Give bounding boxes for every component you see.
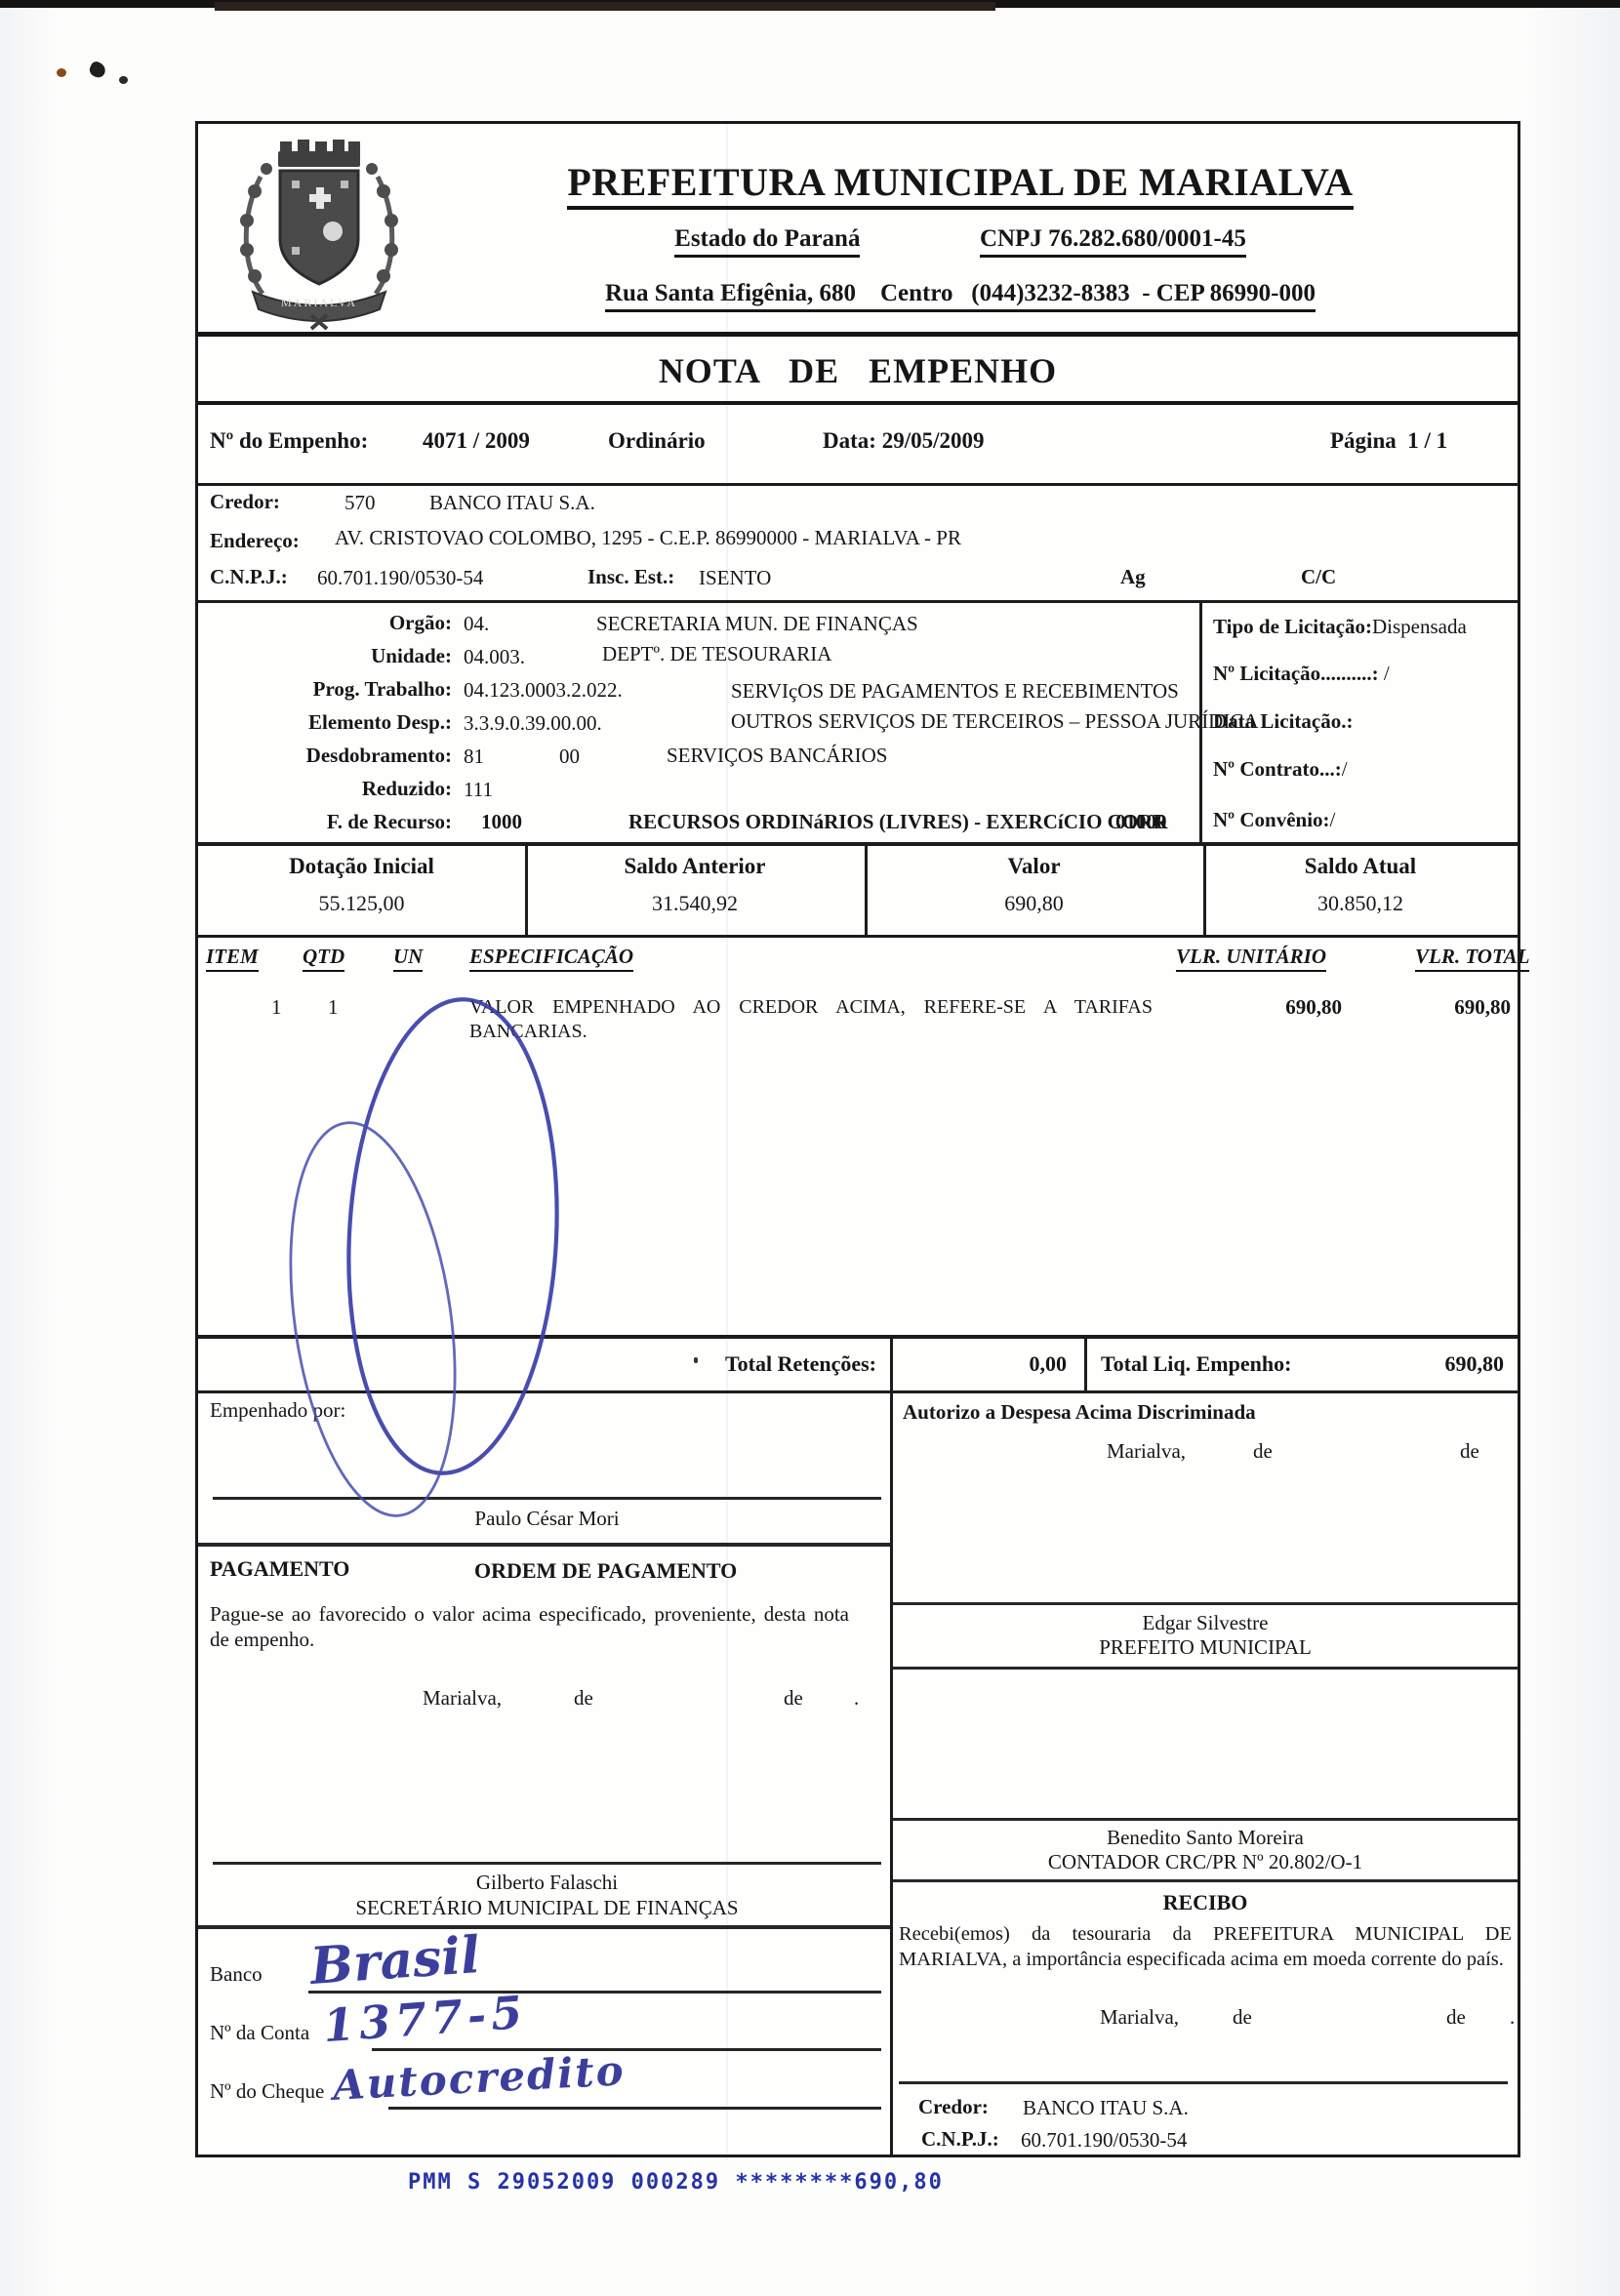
svg-text:MARIALVA: MARIALVA bbox=[281, 296, 357, 309]
dateline-period: . bbox=[854, 1686, 859, 1711]
cheque-fill-line bbox=[388, 2107, 881, 2110]
address-text: Rua Santa Efigênia, 680 Centro (044)3232… bbox=[605, 280, 1316, 312]
empenhado-signer-name: Paulo César Mori bbox=[213, 1507, 881, 1531]
item-description: VALOR EMPENHADO AO CREDOR ACIMA, REFERE-… bbox=[469, 995, 1153, 1044]
fiscal-code: 111 bbox=[464, 778, 493, 802]
items-header: VLR. TOTAL bbox=[1415, 945, 1529, 972]
dateline-de: de bbox=[784, 1686, 803, 1711]
items-header: UN bbox=[393, 945, 423, 972]
fiscal-desc: SECRETARIA MUN. DE FINANÇAS bbox=[596, 612, 918, 636]
fiscal-desc: DEPTº. DE TESOURARIA bbox=[602, 642, 831, 666]
address-line: Rua Santa Efigênia, 680 Centro (044)3232… bbox=[413, 280, 1508, 307]
dateline-city: Marialva, bbox=[1107, 1439, 1186, 1464]
document-title: NOTA DE EMPENHO bbox=[198, 332, 1518, 405]
liq-empenho-value: 690,80 bbox=[1357, 1351, 1504, 1377]
fiscal-label: Orgão: bbox=[198, 611, 452, 635]
contador-name: Benedito Santo Moreira bbox=[893, 1826, 1518, 1850]
banco-fill-line bbox=[308, 1991, 881, 1994]
prefeito-role: PREFEITO MUNICIPAL bbox=[893, 1635, 1518, 1660]
dateline-de: de bbox=[1446, 2005, 1466, 2030]
empenho-date: Data: 29/05/2009 bbox=[823, 428, 984, 454]
dot-matrix-print-line: PMM S 29052009 000289 ********690,80 bbox=[408, 2170, 944, 2195]
conta-label: Nº da Conta bbox=[210, 2021, 309, 2045]
dotacao-value: 55.125,00 bbox=[198, 891, 525, 916]
fiscal-code: 81 bbox=[464, 745, 484, 769]
handwritten-bank-name: Brasil bbox=[308, 1925, 482, 1996]
credor-name: BANCO ITAU S.A. bbox=[429, 491, 595, 515]
handwritten-cheque-note: Autocredito bbox=[332, 2046, 627, 2110]
divider bbox=[198, 483, 1518, 486]
items-header: VLR. UNITÁRIO bbox=[1176, 945, 1326, 972]
dateline-de: de bbox=[1460, 1439, 1479, 1464]
divider bbox=[198, 1390, 1518, 1393]
fiscal-desc: SERVIçOS DE PAGAMENTOS E RECEBIMENTOS bbox=[731, 679, 1179, 704]
recibo-text: Recebi(emos) da tesouraria da PREFEITURA… bbox=[899, 1922, 1512, 1972]
empenho-number-label: Nº do Empenho: bbox=[210, 428, 368, 454]
pagamento-section-label: PAGAMENTO bbox=[210, 1556, 349, 1582]
fiscal-desc: SERVIÇOS BANCÁRIOS bbox=[667, 744, 887, 768]
fiscal-label: Elemento Desp.: bbox=[198, 710, 452, 735]
divider bbox=[899, 2081, 1508, 2084]
secretario-name: Gilberto Falaschi bbox=[213, 1871, 881, 1895]
endereco-value: AV. CRISTOVAO COLOMBO, 1295 - C.E.P. 869… bbox=[335, 526, 961, 550]
cnpj-field-value: 60.701.190/0530-54 bbox=[317, 566, 483, 590]
fiscal-code: 3.3.9.0.39.00.00. bbox=[464, 711, 602, 736]
dotacao-value: 30.850,12 bbox=[1203, 891, 1518, 916]
credor-label: Credor: bbox=[210, 490, 280, 514]
divider bbox=[198, 1335, 1518, 1339]
fiscal-label: Prog. Trabalho: bbox=[198, 677, 452, 702]
recibo-credor-label: Credor: bbox=[918, 2095, 989, 2119]
ordem-pagamento-title: ORDEM DE PAGAMENTO bbox=[474, 1558, 737, 1584]
endereco-label: Endereço: bbox=[210, 529, 300, 553]
secretario-role: SECRETÁRIO MUNICIPAL DE FINANÇAS bbox=[213, 1896, 881, 1920]
licitacao-row: Tipo de Licitação:Dispensada bbox=[1213, 615, 1467, 639]
divider bbox=[893, 1818, 1518, 1821]
retencoes-value: 0,00 bbox=[920, 1351, 1067, 1377]
dotacao-header: Saldo Atual bbox=[1203, 854, 1518, 879]
dotacao-header: Saldo Anterior bbox=[525, 854, 865, 879]
empenho-kind: Ordinário bbox=[608, 428, 706, 454]
state-label: Estado do Paraná bbox=[674, 225, 860, 258]
dateline-de: de bbox=[574, 1686, 593, 1711]
divider bbox=[1084, 1339, 1087, 1390]
conta-fill-line bbox=[372, 2048, 881, 2051]
page-indicator: Página 1 / 1 bbox=[1330, 428, 1447, 454]
divider bbox=[890, 1339, 893, 1390]
divider bbox=[893, 1879, 1518, 1882]
municipality-title: PREFEITURA MUNICIPAL DE MARIALVA bbox=[413, 159, 1508, 205]
fiscal-code: 04. bbox=[464, 612, 489, 636]
ink-speck bbox=[88, 60, 108, 79]
item-unit-value: 690,80 bbox=[1195, 995, 1342, 1020]
dateline-city: Marialva, bbox=[423, 1686, 502, 1711]
insc-est-label: Insc. Est.: bbox=[587, 565, 674, 589]
fiscal-label: Desdobramento: bbox=[198, 744, 452, 768]
cnpj-label: CNPJ 76.282.680/0001-45 bbox=[980, 225, 1246, 258]
fiscal-label: F. de Recurso: bbox=[198, 810, 452, 834]
fiscal-desc: RECURSOS ORDINáRIOS (LIVRES) - EXERCíCIO… bbox=[628, 810, 1168, 834]
item-total-value: 690,80 bbox=[1364, 995, 1511, 1020]
divider bbox=[893, 1667, 1518, 1670]
liq-empenho-label: Total Liq. Empenho: bbox=[1101, 1351, 1291, 1377]
state-cnpj-line: Estado do Paraná CNPJ 76.282.680/0001-45 bbox=[413, 225, 1508, 253]
divider bbox=[198, 1543, 890, 1547]
recibo-title: RECIBO bbox=[893, 1890, 1518, 1915]
divider bbox=[198, 935, 1518, 938]
licitacao-row: Data Licitação.: bbox=[1213, 709, 1353, 734]
dateline-de: de bbox=[1233, 2005, 1252, 2030]
fiscal-label: Reduzido: bbox=[198, 777, 452, 801]
divider bbox=[198, 842, 1518, 846]
insc-est-value: ISENTO bbox=[699, 566, 771, 590]
item-qty: 1 bbox=[328, 995, 339, 1020]
ink-speck bbox=[119, 76, 128, 84]
pagamento-text: Pague-se ao favorecido o valor acima esp… bbox=[210, 1601, 849, 1653]
dotacao-value: 31.540,92 bbox=[525, 891, 865, 916]
dateline-de: de bbox=[1253, 1439, 1273, 1464]
fiscal-code: 04.123.0003.2.022. bbox=[464, 678, 623, 703]
fiscal-desc: OUTROS SERVIÇOS DE TERCEIROS – PESSOA JU… bbox=[731, 709, 1259, 734]
recibo-credor-value: BANCO ITAU S.A. bbox=[1023, 2096, 1189, 2120]
divider bbox=[890, 1390, 893, 2155]
dateline-city: Marialva, bbox=[1100, 2005, 1179, 2030]
fiscal-resource-code: 01000 bbox=[1115, 810, 1167, 834]
licitacao-row: Nº Convênio:/ bbox=[1213, 808, 1335, 832]
dotacao-value: 690,80 bbox=[865, 891, 1203, 916]
recibo-cnpj-value: 60.701.190/0530-54 bbox=[1021, 2128, 1187, 2153]
fiscal-code2: 00 bbox=[559, 745, 580, 769]
scan-edge-artifact bbox=[215, 2, 995, 11]
ink-speck bbox=[57, 68, 66, 77]
dateline-period: . bbox=[1510, 2005, 1515, 2030]
agencia-label: Ag bbox=[1120, 565, 1146, 589]
scanned-document-page: MARIALVA PREFEITURA MUNICIPAL DE MARIALV… bbox=[0, 0, 1620, 2296]
fiscal-code: 1000 bbox=[481, 810, 522, 834]
empenho-number-value: 4071 / 2009 bbox=[423, 428, 530, 454]
cheque-label: Nº do Cheque bbox=[210, 2079, 324, 2104]
banco-label: Banco bbox=[210, 1962, 263, 1987]
item-number: 1 bbox=[271, 995, 282, 1020]
licitacao-row: Nº Contrato...:/ bbox=[1213, 757, 1348, 782]
prefeito-name: Edgar Silvestre bbox=[893, 1611, 1518, 1635]
signature-line bbox=[213, 1862, 881, 1865]
fiscal-label: Unidade: bbox=[198, 644, 452, 668]
licitacao-row: Nº Licitação..........: / bbox=[1213, 662, 1390, 686]
items-header: QTD bbox=[303, 945, 344, 972]
marialva-coat-of-arms-icon: MARIALVA bbox=[223, 138, 415, 333]
fiscal-code: 04.003. bbox=[464, 645, 525, 669]
items-header: ITEM bbox=[206, 945, 259, 972]
nota-de-empenho-form: MARIALVA PREFEITURA MUNICIPAL DE MARIALV… bbox=[195, 121, 1520, 2157]
recibo-cnpj-label: C.N.P.J.: bbox=[921, 2127, 999, 2152]
retencoes-label: Total Retenções: bbox=[588, 1351, 876, 1377]
handwritten-account-number: 1377-5 bbox=[321, 1986, 528, 2052]
items-header: ESPECIFICAÇÃO bbox=[469, 945, 633, 972]
contador-role: CONTADOR CRC/PR Nº 20.802/O-1 bbox=[893, 1850, 1518, 1874]
divider bbox=[198, 1925, 890, 1929]
divider bbox=[893, 1602, 1518, 1605]
conta-corrente-label: C/C bbox=[1301, 565, 1336, 589]
empenhado-por-label: Empenhado por: bbox=[210, 1398, 345, 1423]
dotacao-header: Valor bbox=[865, 854, 1203, 879]
dotacao-header: Dotação Inicial bbox=[198, 854, 525, 879]
credor-code: 570 bbox=[344, 491, 376, 515]
signature-line bbox=[213, 1497, 881, 1500]
cnpj-field-label: C.N.P.J.: bbox=[210, 565, 288, 589]
divider bbox=[198, 600, 1518, 603]
autorizo-title: Autorizo a Despesa Acima Discriminada bbox=[903, 1400, 1256, 1425]
